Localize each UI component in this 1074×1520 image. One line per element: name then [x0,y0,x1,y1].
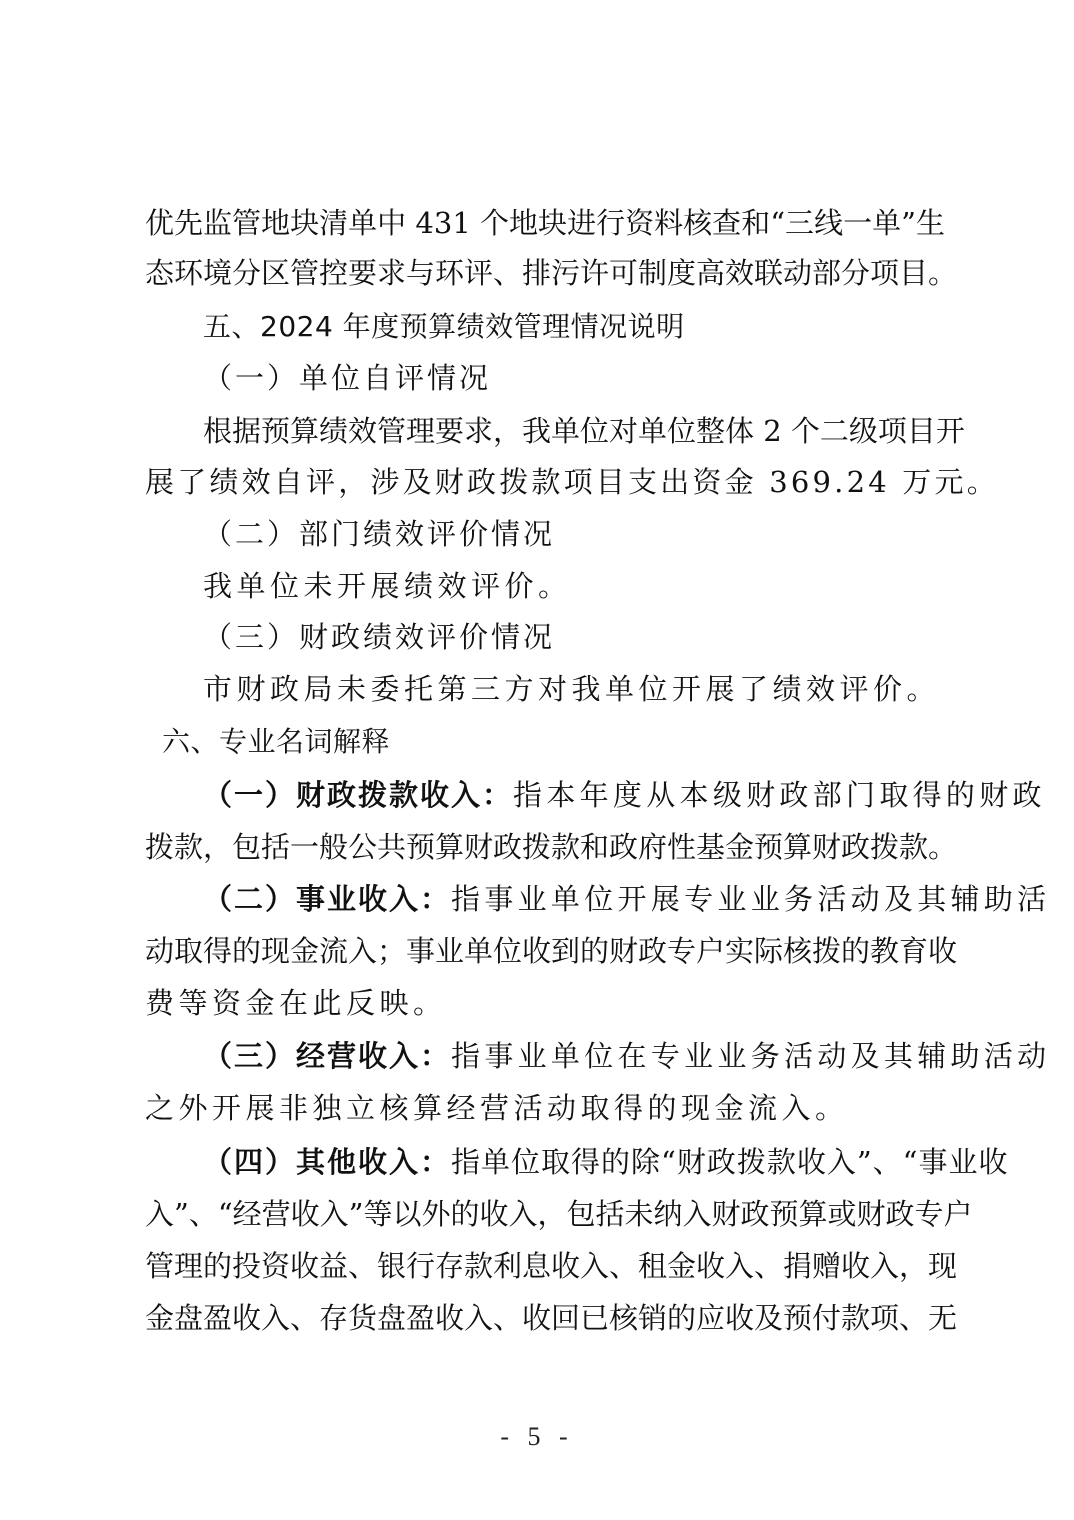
term-line: （三）经营收入： 指事业单位在专业业务活动及其辅助活动 [203,1036,945,1076]
body-text-line: 根据预算绩效管理要求，我单位对单位整体 2 个二级项目开 [203,411,945,451]
body-text-line: 入”、“经营收入”等以外的收入，包括未纳入财政预算或财政专户 [145,1194,945,1234]
term-label-fiscal-appropriation: （一）财政拨款收入： [203,775,513,815]
term-label-other-income: （四）其他收入： [203,1142,451,1182]
section-heading-5: 五、2024 年度预算绩效管理情况说明 [203,307,945,347]
term-line: （二）事业收入： 指事业单位开展专业业务活动及其辅助活 [203,879,945,919]
term-label-operating-income: （三）经营收入： [203,1036,451,1076]
body-text-line: 态环境分区管控要求与环评、排污许可制度高效联动部分项目。 [145,253,945,293]
body-text-line: 费等资金在此反映。 [145,983,945,1023]
page-number: - 5 - [0,1422,1074,1452]
term-definition: 指本年度从本级财政部门取得的财政 [513,775,1046,815]
term-line: （一）财政拨款收入： 指本年度从本级财政部门取得的财政 [203,775,945,815]
document-page: 优先监管地块清单中 431 个地块进行资料核查和“三线一单”生 态环境分区管控要… [0,0,1074,1520]
body-text-line: 拨款，包括一般公共预算财政拨款和政府性基金预算财政拨款。 [145,827,945,867]
term-label-business-income: （二）事业收入： [203,879,451,919]
body-text-line: 优先监管地块清单中 431 个地块进行资料核查和“三线一单”生 [145,203,945,243]
body-text-line: 展了绩效自评，涉及财政拨款项目支出资金 369.24 万元。 [145,462,945,502]
body-text-line: 之外开展非独立核算经营活动取得的现金流入。 [145,1088,945,1128]
term-definition: 指事业单位开展专业业务活动及其辅助活 [451,879,1050,919]
term-definition: 指单位取得的除“财政拨款收入”、“事业收 [451,1142,1008,1182]
section-heading-6: 六、专业名词解释 [162,722,962,762]
body-text-line: 金盘盈收入、存货盘盈收入、收回已核销的应收及预付款项、无 [145,1298,945,1338]
body-text-line: 动取得的现金流入；事业单位收到的财政专户实际核拨的教育收 [145,931,945,971]
term-line: （四）其他收入： 指单位取得的除“财政拨款收入”、“事业收 [203,1142,945,1182]
subheading-finance-evaluation: （三）财政绩效评价情况 [203,617,945,657]
body-text-line: 我单位未开展绩效评价。 [203,566,945,606]
subheading-department-evaluation: （二）部门绩效评价情况 [203,514,945,554]
term-definition: 指事业单位在专业业务活动及其辅助活动 [451,1036,1050,1076]
body-text-line: 市财政局未委托第三方对我单位开展了绩效评价。 [203,669,945,709]
body-text-line: 管理的投资收益、银行存款利息收入、租金收入、捐赠收入，现 [145,1246,945,1286]
subheading-self-evaluation: （一）单位自评情况 [203,358,945,398]
